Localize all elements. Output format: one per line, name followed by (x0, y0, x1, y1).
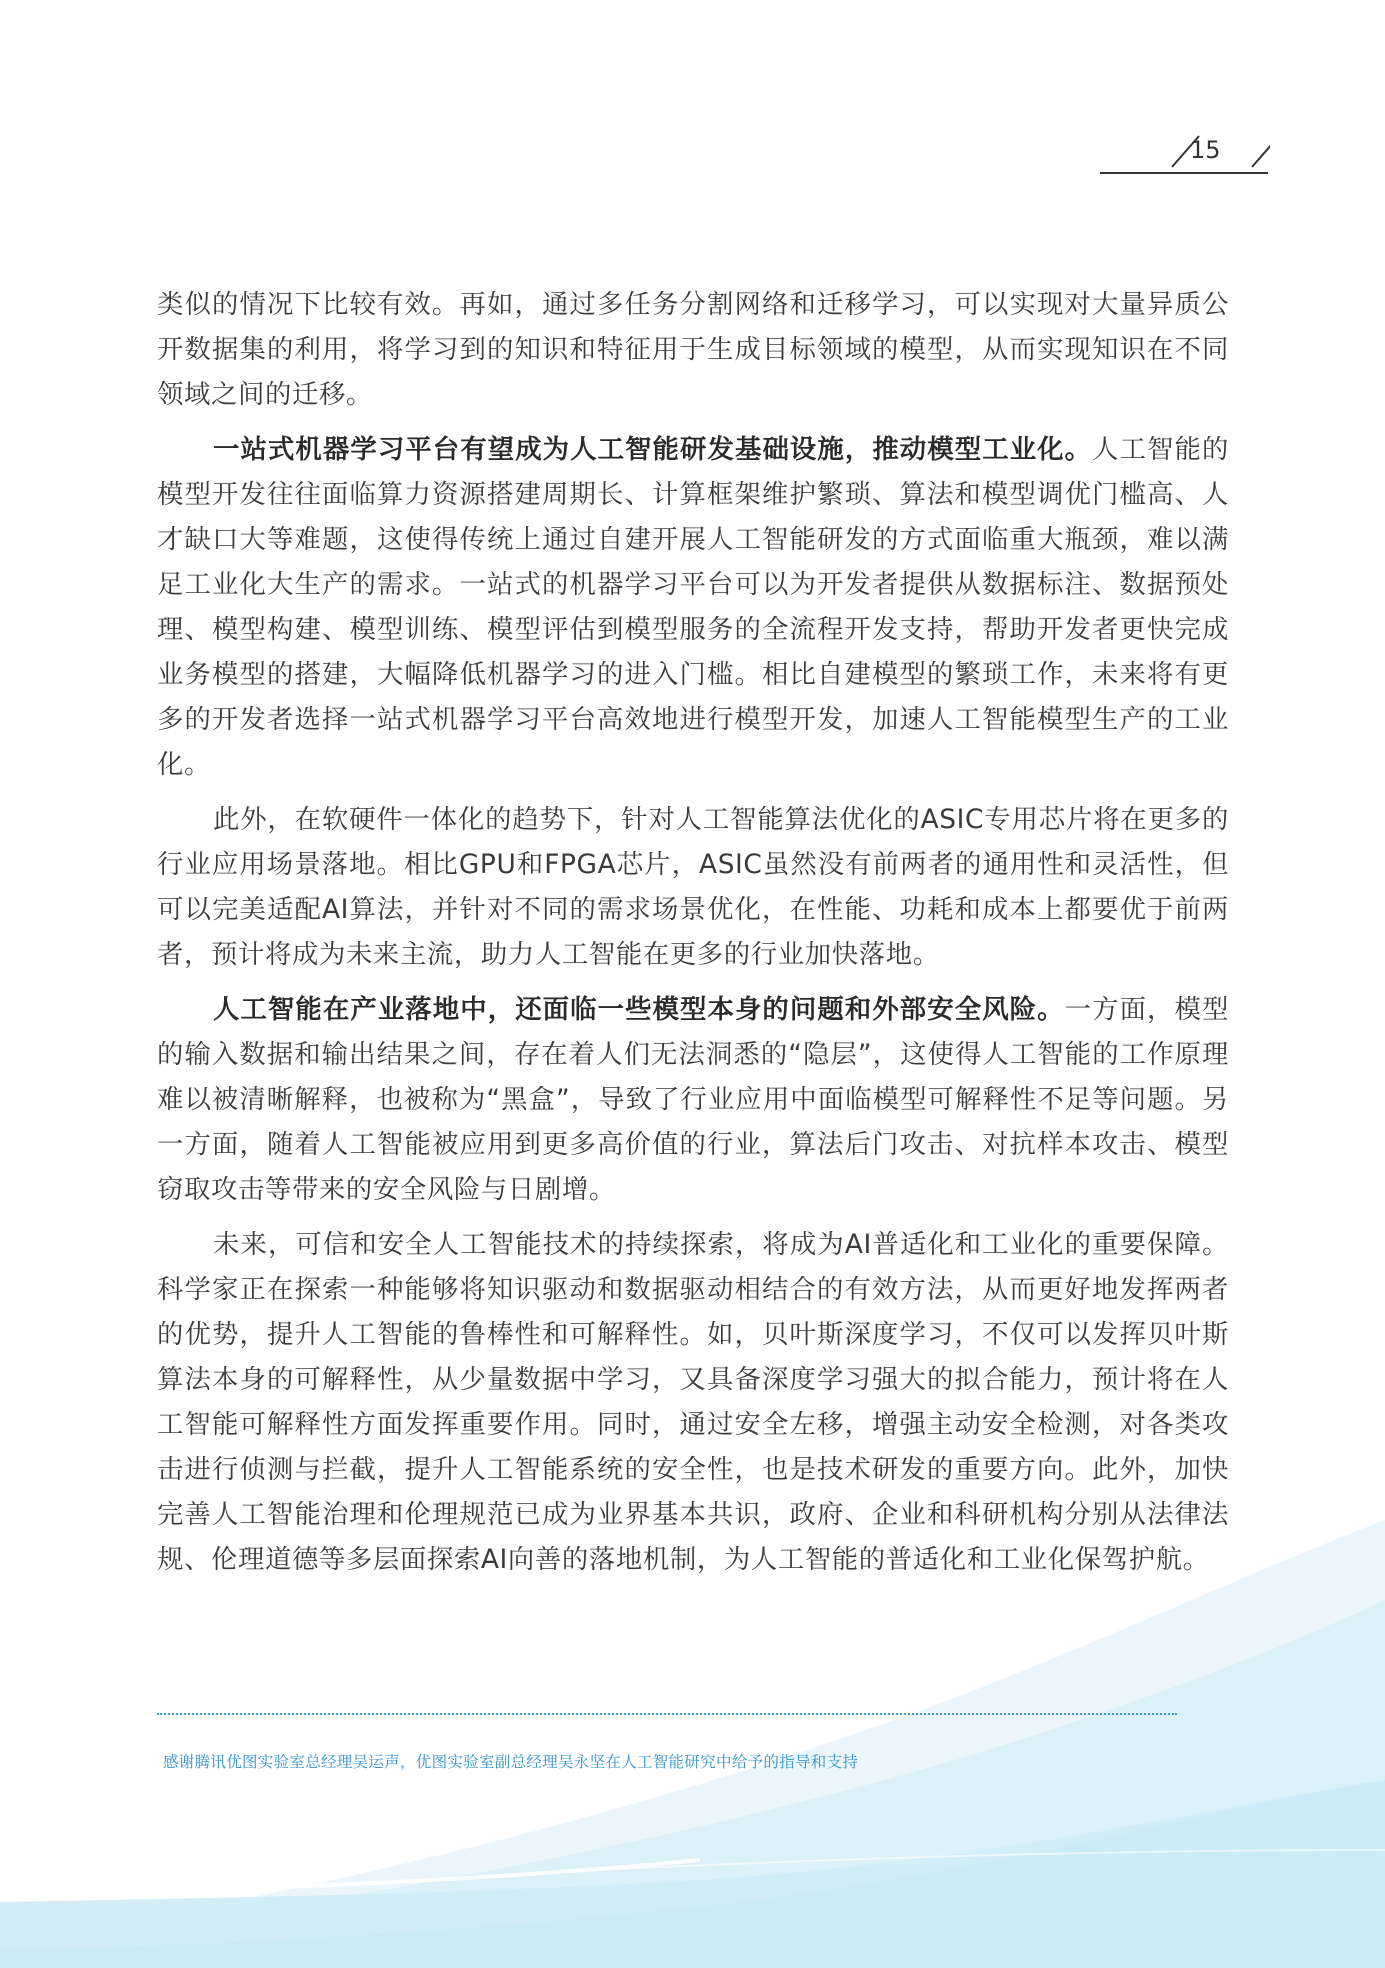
paragraph-text: 此外，在软硬件一体化的趋势下，针对人工智能算法优化的ASIC专用芯片将在更多的行… (157, 804, 1229, 970)
page-header: 15 (1100, 130, 1270, 175)
footnote-dotted-divider (157, 1713, 1177, 1715)
page-number: 15 (1190, 136, 1221, 164)
paragraph-2: 一站式机器学习平台有望成为人工智能研发基础设施，推动模型工业化。人工智能的模型开… (157, 427, 1229, 787)
paragraph-1: 类似的情况下比较有效。再如，通过多任务分割网络和迁移学习，可以实现对大量异质公开… (157, 282, 1229, 417)
body-content: 类似的情况下比较有效。再如，通过多任务分割网络和迁移学习，可以实现对大量异质公开… (157, 282, 1229, 1582)
paragraph-5: 未来，可信和安全人工智能技术的持续探索，将成为AI普适化和工业化的重要保障。科学… (157, 1222, 1229, 1582)
paragraph-text: 类似的情况下比较有效。再如，通过多任务分割网络和迁移学习，可以实现对大量异质公开… (157, 289, 1229, 410)
paragraph-bold-lead: 人工智能在产业落地中，还面临一些模型本身的问题和外部安全风险。 (213, 994, 1065, 1025)
paragraph-4: 人工智能在产业落地中，还面临一些模型本身的问题和外部安全风险。一方面，模型的输入… (157, 987, 1229, 1212)
acknowledgment-footnote: 感谢腾讯优图实验室总经理吴运声，优图实验室副总经理吴永坚在人工智能研究中给予的指… (163, 1750, 858, 1772)
paragraph-text: 一方面，模型的输入数据和输出结果之间，存在着人们无法洞悉的“隐层”，这使得人工智… (157, 994, 1229, 1205)
paragraph-3: 此外，在软硬件一体化的趋势下，针对人工智能算法优化的ASIC专用芯片将在更多的行… (157, 797, 1229, 977)
paragraph-text: 未来，可信和安全人工智能技术的持续探索，将成为AI普适化和工业化的重要保障。科学… (157, 1229, 1229, 1575)
paragraph-text: 人工智能的模型开发往往面临算力资源搭建周期长、计算框架维护繁琐、算法和模型调优门… (157, 434, 1229, 780)
page-number-slashes-icon (1100, 130, 1270, 175)
paragraph-bold-lead: 一站式机器学习平台有望成为人工智能研发基础设施，推动模型工业化。 (213, 434, 1092, 465)
